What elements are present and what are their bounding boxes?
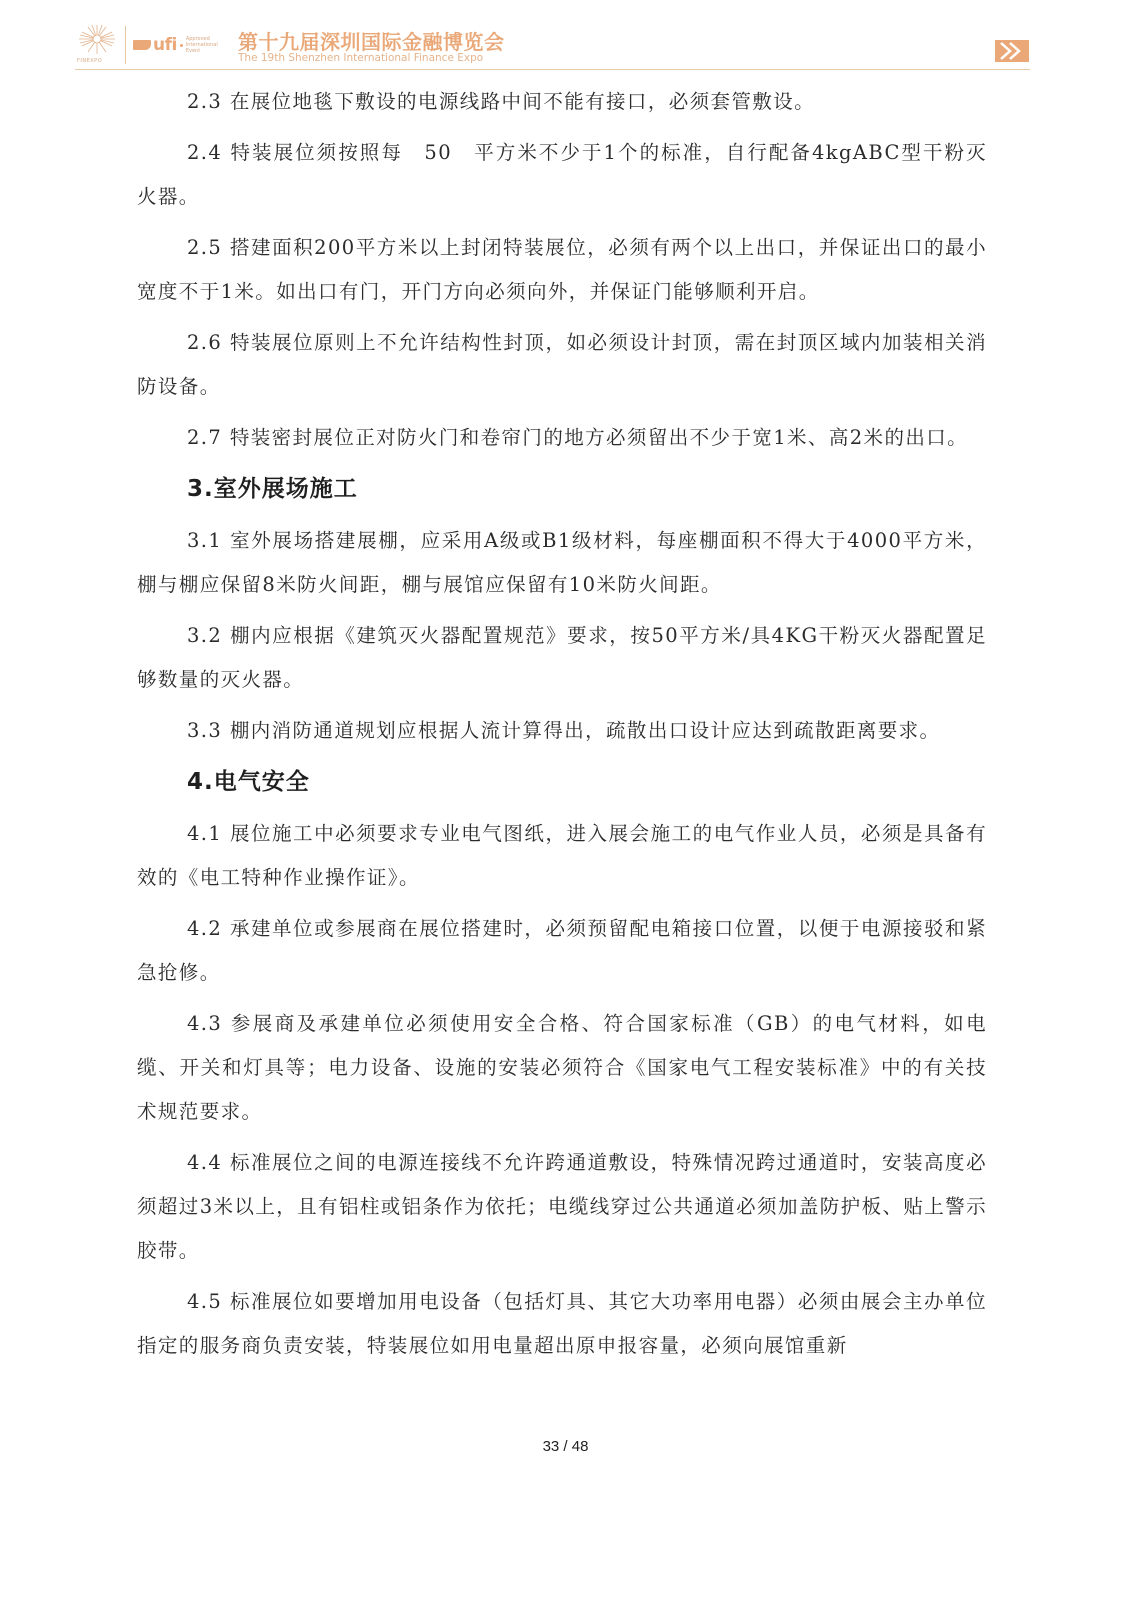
expo-title-english: The 19th Shenzhen International Finance …: [238, 52, 483, 64]
document-body: 2.3 在展位地毯下敷设的电源线路中间不能有接口，必须套管敷设。2.4 特装展位…: [137, 80, 987, 1375]
document-header: FINEXPO ufi Approved International Event…: [75, 22, 1035, 70]
clause-number: 4.5: [187, 1290, 222, 1313]
clause-text: 展位施工中必须要求专业电气图纸，进入展会施工的电气作业人员，必须是具备有效的《电…: [137, 822, 987, 889]
double-chevron-right-icon: [995, 40, 1029, 62]
clause-text: 棚内消防通道规划应根据人流计算得出，疏散出口设计应达到疏散距离要求。: [230, 719, 941, 742]
ufi-approved-text: Approved International Event: [186, 36, 216, 54]
clause-number: 4.1: [187, 822, 222, 845]
clause-number: 4.3: [187, 1012, 222, 1035]
ufi-mark-icon: [133, 40, 151, 50]
finexpo-sun-logo-icon: FINEXPO: [75, 24, 119, 66]
clause-paragraph: 4.4 标准展位之间的电源连接线不允许跨通道敷设，特殊情况跨过通道时，安装高度必…: [137, 1141, 987, 1273]
section-heading: 4.电气安全: [187, 760, 987, 804]
clause-text: 特装密封展位正对防火门和卷帘门的地方必须留出不少于宽1米、高2米的出口。: [230, 426, 968, 449]
clause-paragraph: 4.1 展位施工中必须要求专业电气图纸，进入展会施工的电气作业人员，必须是具备有…: [137, 812, 987, 900]
clause-paragraph: 2.7 特装密封展位正对防火门和卷帘门的地方必须留出不少于宽1米、高2米的出口。: [137, 416, 987, 460]
clause-text: 标准展位如要增加用电设备（包括灯具、其它大功率用电器）必须由展会主办单位指定的服…: [137, 1290, 987, 1357]
clause-paragraph: 2.6 特装展位原则上不允许结构性封顶，如必须设计封顶，需在封顶区域内加装相关消…: [137, 321, 987, 409]
ufi-label: ufi: [153, 35, 177, 55]
clause-paragraph: 4.5 标准展位如要增加用电设备（包括灯具、其它大功率用电器）必须由展会主办单位…: [137, 1280, 987, 1368]
clause-number: 3.2: [187, 624, 222, 647]
clause-paragraph: 3.2 棚内应根据《建筑灭火器配置规范》要求，按50平方米/具4KG干粉灭火器配…: [137, 614, 987, 702]
clause-text: 棚内应根据《建筑灭火器配置规范》要求，按50平方米/具4KG干粉灭火器配置足够数…: [137, 624, 987, 691]
clause-text: 室外展场搭建展棚，应采用A级或B1级材料，每座棚面积不得大于4000平方米，棚与…: [137, 529, 987, 596]
ufi-dot-icon: [180, 44, 183, 47]
clause-number: 2.4: [187, 141, 222, 164]
clause-number: 3.3: [187, 719, 222, 742]
clause-text: 特装展位须按照每 50 平方米不少于1个的标准，自行配备4kgABC型干粉灭火器…: [137, 141, 987, 208]
clause-paragraph: 3.1 室外展场搭建展棚，应采用A级或B1级材料，每座棚面积不得大于4000平方…: [137, 519, 987, 607]
clause-number: 2.7: [187, 426, 222, 449]
section-heading: 3.室外展场施工: [187, 467, 987, 511]
clause-number: 3.1: [187, 529, 222, 552]
clause-paragraph: 4.3 参展商及承建单位必须使用安全合格、符合国家标准（GB）的电气材料，如电缆…: [137, 1002, 987, 1134]
clause-paragraph: 2.5 搭建面积200平方米以上封闭特装展位，必须有两个以上出口，并保证出口的最…: [137, 226, 987, 314]
clause-number: 2.3: [187, 90, 222, 113]
finexpo-caption: FINEXPO: [77, 58, 102, 64]
header-rule: [75, 69, 1030, 70]
clause-text: 搭建面积200平方米以上封闭特装展位，必须有两个以上出口，并保证出口的最小宽度不…: [137, 236, 987, 303]
clause-text: 承建单位或参展商在展位搭建时，必须预留配电箱接口位置，以便于电源接驳和紧急抢修。: [137, 917, 987, 984]
expo-title-chinese: 第十九届深圳国际金融博览会: [238, 26, 505, 55]
clause-paragraph: 3.3 棚内消防通道规划应根据人流计算得出，疏散出口设计应达到疏散距离要求。: [137, 709, 987, 753]
clause-number: 4.2: [187, 917, 222, 940]
clause-paragraph: 4.2 承建单位或参展商在展位搭建时，必须预留配电箱接口位置，以便于电源接驳和紧…: [137, 907, 987, 995]
clause-text: 标准展位之间的电源连接线不允许跨通道敷设，特殊情况跨过通道时，安装高度必须超过3…: [137, 1151, 987, 1262]
clause-paragraph: 2.3 在展位地毯下敷设的电源线路中间不能有接口，必须套管敷设。: [137, 80, 987, 124]
page-number: 33 / 48: [0, 1438, 1131, 1455]
clause-text: 参展商及承建单位必须使用安全合格、符合国家标准（GB）的电气材料，如电缆、开关和…: [137, 1012, 987, 1123]
header-divider: [125, 26, 126, 64]
clause-number: 2.6: [187, 331, 222, 354]
clause-number: 2.5: [187, 236, 222, 259]
clause-number: 4.4: [187, 1151, 222, 1174]
ufi-approved-line: Event: [186, 48, 200, 54]
clause-text: 特装展位原则上不允许结构性封顶，如必须设计封顶，需在封顶区域内加装相关消防设备。: [137, 331, 987, 398]
ufi-logo: ufi Approved International Event: [133, 34, 216, 56]
clause-text: 在展位地毯下敷设的电源线路中间不能有接口，必须套管敷设。: [230, 90, 815, 113]
clause-paragraph: 2.4 特装展位须按照每 50 平方米不少于1个的标准，自行配备4kgABC型干…: [137, 131, 987, 219]
